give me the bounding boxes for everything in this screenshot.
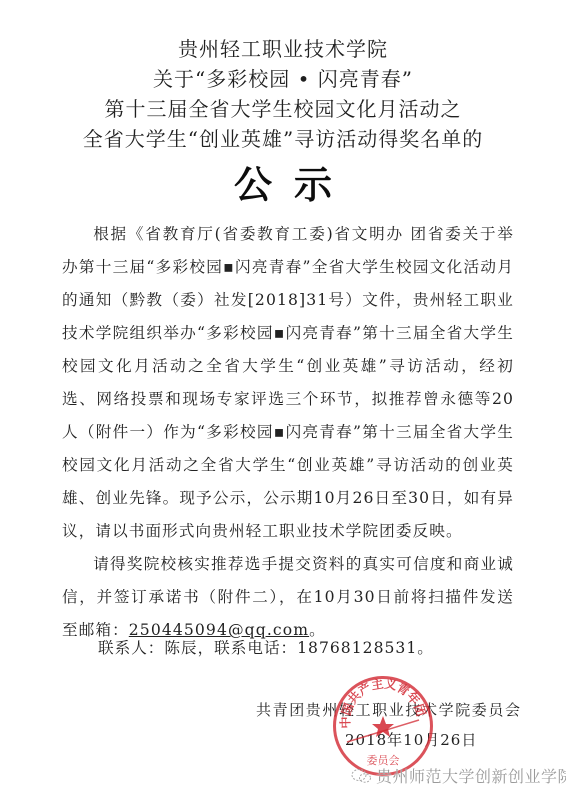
title-line-school: 贵州轻工职业技术学院: [0, 34, 566, 64]
page-title: 公示: [0, 160, 566, 210]
title-line-theme: 关于“多彩校园 • 闪亮青春”: [0, 64, 566, 94]
paragraph-instructions: 请得奖院校核实推荐选手提交资料的真实可信度和商业诚信，并签订承诺书（附件二），在…: [62, 548, 514, 647]
seal-icon: 中国共产主义青年团 委员会: [333, 676, 433, 776]
watermark: 贵州师范大学创新创业学院: [350, 764, 566, 787]
signature-date: 2018年10月26日: [345, 729, 477, 751]
signature-organization: 共青团贵州轻工职业技术学院委员会: [256, 699, 522, 721]
official-seal: 中国共产主义青年团 委员会: [333, 676, 433, 776]
title-block: 贵州轻工职业技术学院 关于“多彩校园 • 闪亮青春” 第十三届全省大学生校园文化…: [0, 34, 566, 154]
contact-info: 联系人：陈辰，联系电话：18768128531。: [98, 636, 434, 660]
wechat-icon: [350, 768, 372, 784]
watermark-text: 贵州师范大学创新创业学院: [376, 764, 566, 787]
title-line-event: 第十三届全省大学生校园文化月活动之: [0, 94, 566, 124]
title-line-subject: 全省大学生“创业英雄”寻访活动得奖名单的: [0, 124, 566, 154]
document-body: 根据《省教育厅(省委教育工委)省文明办 团省委关于举办第十三届“多彩校园▪闪亮青…: [62, 218, 514, 647]
paragraph-announcement: 根据《省教育厅(省委教育工委)省文明办 团省委关于举办第十三届“多彩校园▪闪亮青…: [62, 218, 514, 548]
